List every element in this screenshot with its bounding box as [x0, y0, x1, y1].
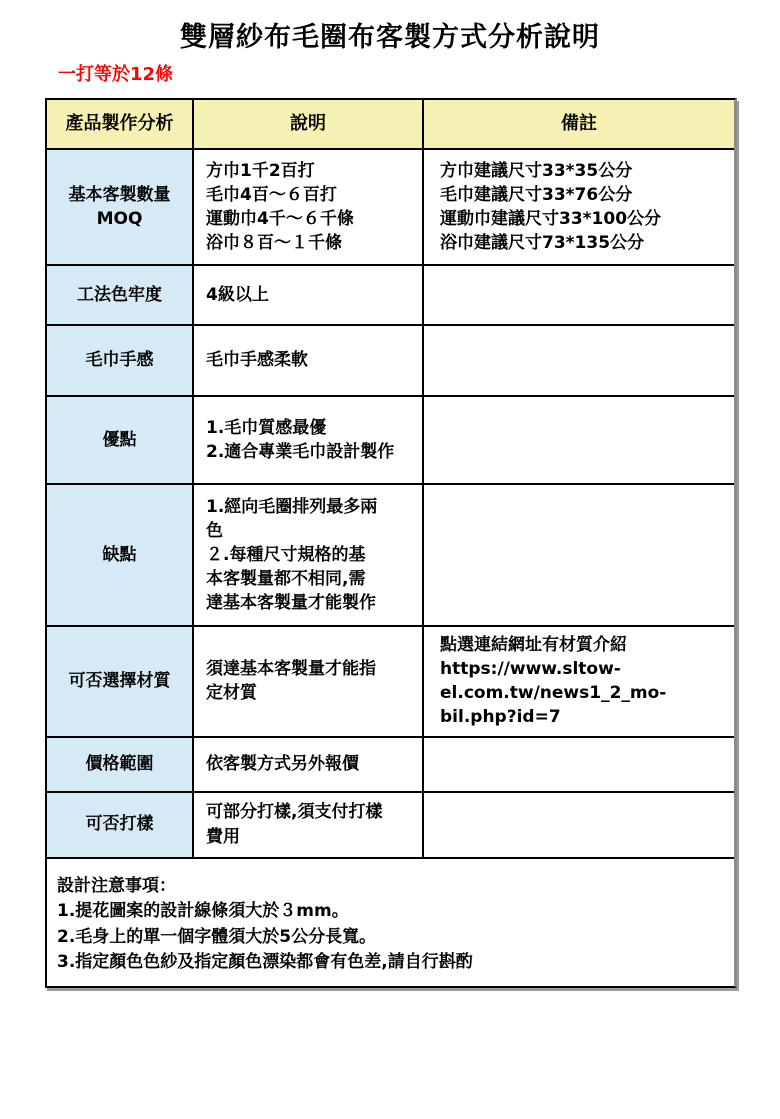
row-label: 優點: [47, 397, 192, 483]
table-row-disadvantages: 缺點 1.經向毛圈排列最多兩 色 ２.每種尺寸規格的基 本客製量都不相同,需 達…: [47, 483, 734, 625]
row-label: 毛巾手感: [47, 326, 192, 395]
header-remarks: 備註: [422, 100, 734, 148]
row-remark: [422, 738, 734, 791]
row-remark: [422, 397, 734, 483]
row-description: 依客製方式另外報價: [192, 738, 422, 791]
table-row-moq: 基本客製數量 MOQ 方巾1千2百打 毛巾4百～６百打 運動巾4千～６千條 浴巾…: [47, 148, 734, 264]
table-row-sampling: 可否打樣 可部分打樣,須支付打樣 費用: [47, 791, 734, 857]
table-row-price-range: 價格範圍 依客製方式另外報價: [47, 736, 734, 791]
header-description: 說明: [192, 100, 422, 148]
row-description: 1.經向毛圈排列最多兩 色 ２.每種尺寸規格的基 本客製量都不相同,需 達基本客…: [192, 485, 422, 625]
row-label: 可否選擇材質: [47, 627, 192, 736]
material-intro-link[interactable]: 點選連結網址有材質介紹 https://www.sltow- el.com.tw…: [422, 627, 734, 736]
row-remark: [422, 326, 734, 395]
header-product-analysis: 產品製作分析: [47, 100, 192, 148]
document-page: 雙層紗布毛圈布客製方式分析說明 一打等於12條 產品製作分析 說明 備註 基本客…: [0, 0, 780, 1119]
row-remark: [422, 485, 734, 625]
table-row-material-choice: 可否選擇材質 須達基本客製量才能指 定材質 點選連結網址有材質介紹 https:…: [47, 625, 734, 736]
dozen-equals-note: 一打等於12條: [58, 60, 780, 86]
row-label: 基本客製數量 MOQ: [47, 150, 192, 264]
row-description: 可部分打樣,須支付打樣 費用: [192, 793, 422, 857]
row-label: 缺點: [47, 485, 192, 625]
row-remark: [422, 793, 734, 857]
row-description: 方巾1千2百打 毛巾4百～６百打 運動巾4千～６千條 浴巾８百～１千條: [192, 150, 422, 264]
table-row-color-fastness: 工法色牢度 4級以上: [47, 264, 734, 324]
row-label: 價格範圍: [47, 738, 192, 791]
row-description: 須達基本客製量才能指 定材質: [192, 627, 422, 736]
row-description: 4級以上: [192, 266, 422, 324]
row-remark: [422, 266, 734, 324]
row-description: 1.毛巾質感最優 2.適合專業毛巾設計製作: [192, 397, 422, 483]
table-row-towel-feel: 毛巾手感 毛巾手感柔軟: [47, 324, 734, 395]
table-header-row: 產品製作分析 說明 備註: [47, 100, 734, 148]
page-title: 雙層紗布毛圈布客製方式分析說明: [0, 15, 780, 54]
design-notes: 設計注意事項： 1.提花圖案的設計線條須大於３mm。 2.毛身上的單一個字體須大…: [47, 857, 734, 986]
product-analysis-table: 產品製作分析 說明 備註 基本客製數量 MOQ 方巾1千2百打 毛巾4百～６百打…: [45, 98, 737, 988]
table-row-advantages: 優點 1.毛巾質感最優 2.適合專業毛巾設計製作: [47, 395, 734, 483]
row-label: 可否打樣: [47, 793, 192, 857]
row-label: 工法色牢度: [47, 266, 192, 324]
row-remark: 方巾建議尺寸33*35公分 毛巾建議尺寸33*76公分 運動巾建議尺寸33*10…: [422, 150, 734, 264]
row-description: 毛巾手感柔軟: [192, 326, 422, 395]
